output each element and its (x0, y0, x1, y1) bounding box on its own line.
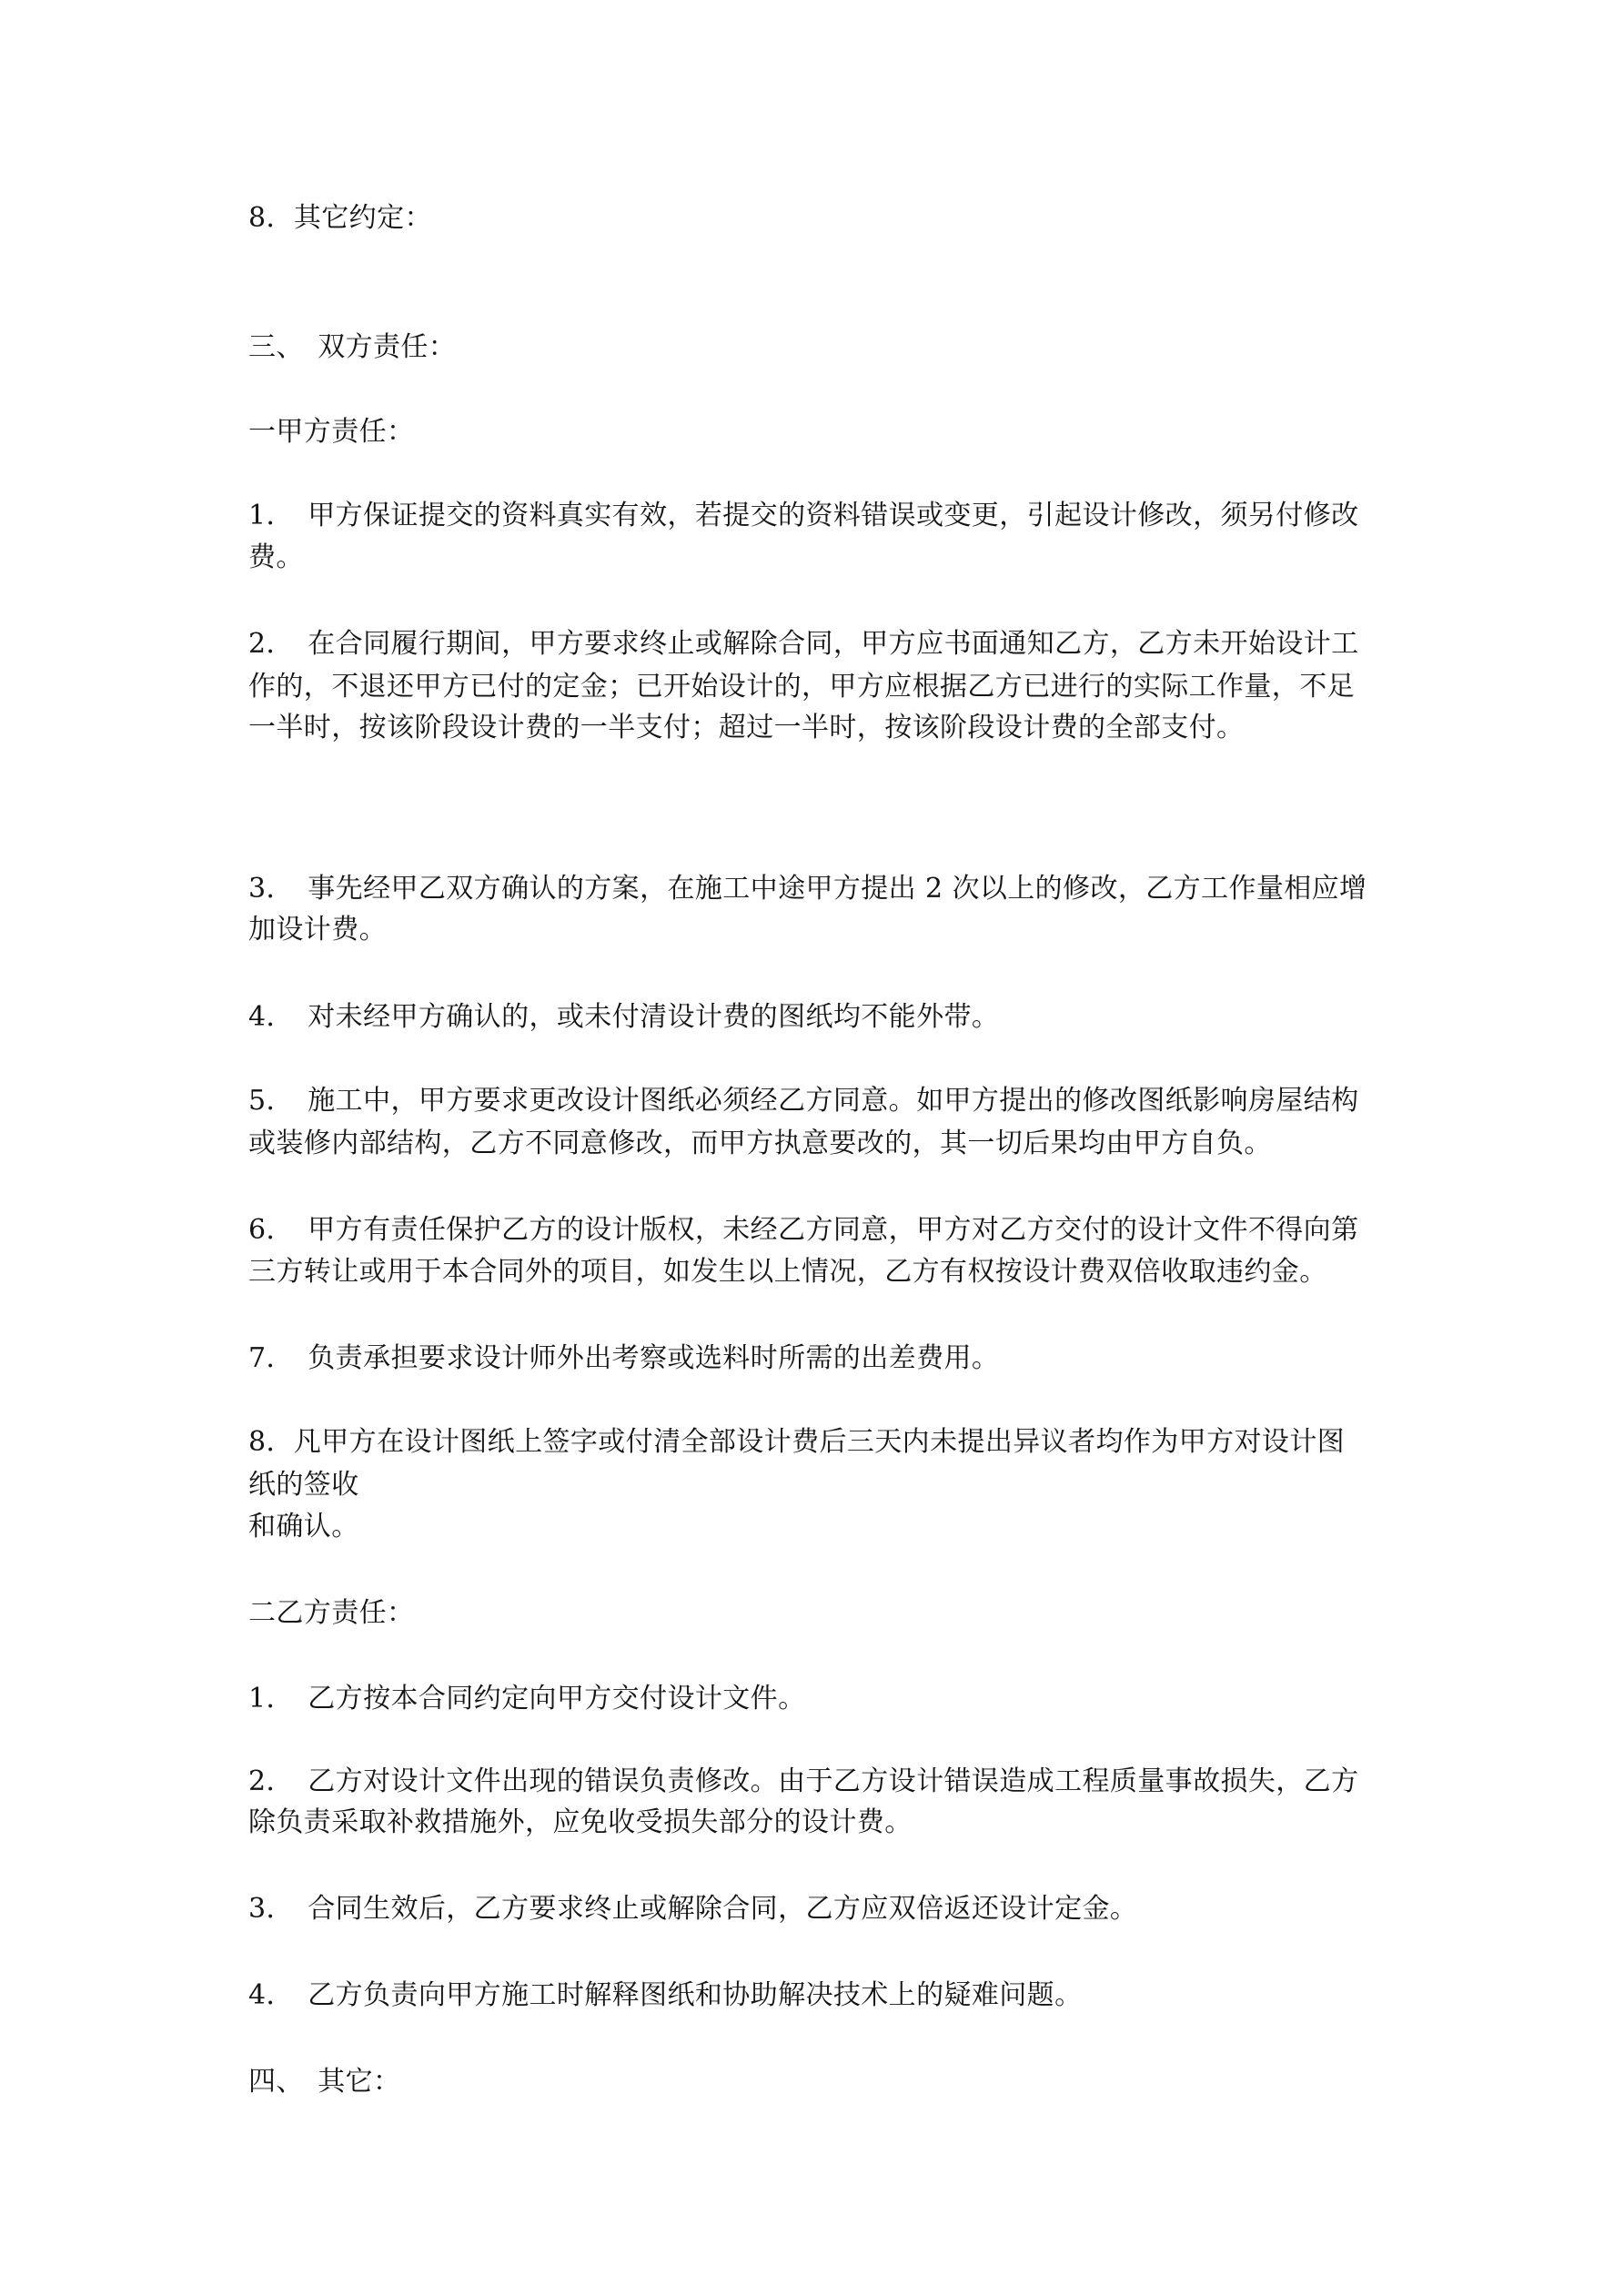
document-page: 8．其它约定： 三、 双方责任： 一甲方责任： 1． 甲方保证提交的资料真实有效… (0, 0, 1624, 2296)
party-b-responsibilities-heading: 二乙方责任： (248, 1593, 414, 1634)
party-a-clause-2-line-3: 一半时，按该阶段设计费的一半支付；超过一半时，按该阶段设计费的全部支付。 (248, 707, 1244, 749)
party-b-clause-4: 4． 乙方负责向甲方施工时解释图纸和协助解决技术上的疑难问题。 (248, 1975, 1083, 2017)
party-a-clause-2-line-1: 2． 在合同履行期间，甲方要求终止或解除合同，甲方应书面通知乙方，乙方未开始设计… (248, 623, 1359, 665)
other-terms-item-8: 8．其它约定： (248, 197, 432, 239)
party-a-clause-3-line-1: 3． 事先经甲乙双方确认的方案，在施工中途甲方提出 2 次以上的修改，乙方工作量… (248, 868, 1367, 910)
party-a-clause-3-line-2: 加设计费。 (248, 909, 387, 951)
party-a-clause-8-line-2: 纸的签收 (248, 1464, 359, 1506)
party-a-clause-6-line-1: 6． 甲方有责任保护乙方的设计版权，未经乙方同意，甲方对乙方交付的设计文件不得向… (248, 1209, 1359, 1251)
party-a-clause-7: 7． 负责承担要求设计师外出考察或选料时所需的出差费用。 (248, 1338, 999, 1380)
party-a-clause-1-line-2: 费。 (248, 537, 304, 579)
party-a-clause-5-line-1: 5． 施工中，甲方要求更改设计图纸必须经乙方同意。如甲方提出的修改图纸影响房屋结… (248, 1080, 1359, 1122)
party-a-clause-2-line-2: 作的，不退还甲方已付的定金；已开始设计的，甲方应根据乙方已进行的实际工作量，不足 (248, 666, 1355, 708)
party-b-clause-2-line-1: 2． 乙方对设计文件出现的错误负责修改。由于乙方设计错误造成工程质量事故损失，乙… (248, 1761, 1359, 1803)
party-a-clause-6-line-2: 三方转让或用于本合同外的项目，如发生以上情况，乙方有权按设计费双倍收取违约金。 (248, 1251, 1327, 1293)
party-b-clause-1: 1． 乙方按本合同约定向甲方交付设计文件。 (248, 1678, 806, 1720)
party-b-clause-2-line-2: 除负责采取补救措施外，应免收受损失部分的设计费。 (248, 1802, 913, 1844)
party-a-clause-5-line-2: 或装修内部结构，乙方不同意修改，而甲方执意要改的，其一切后果均由甲方自负。 (248, 1123, 1272, 1165)
section-3-heading: 三、 双方责任： (248, 327, 456, 369)
party-b-clause-3: 3． 合同生效后，乙方要求终止或解除合同，乙方应双倍返还设计定金。 (248, 1888, 1137, 1930)
section-4-heading: 四、 其它： (248, 2061, 400, 2103)
party-a-clause-1-line-1: 1． 甲方保证提交的资料真实有效，若提交的资料错误或变更，引起设计修改，须另付修… (248, 495, 1359, 537)
party-a-clause-8-line-3: 和确认。 (248, 1506, 359, 1548)
party-a-responsibilities-heading: 一甲方责任： (248, 411, 414, 453)
party-a-clause-8-line-1: 8．凡甲方在设计图纸上签字或付清全部设计费后三天内未提出异议者均作为甲方对设计图 (248, 1421, 1345, 1463)
party-a-clause-4: 4． 对未经甲方确认的，或未付清设计费的图纸均不能外带。 (248, 996, 999, 1038)
